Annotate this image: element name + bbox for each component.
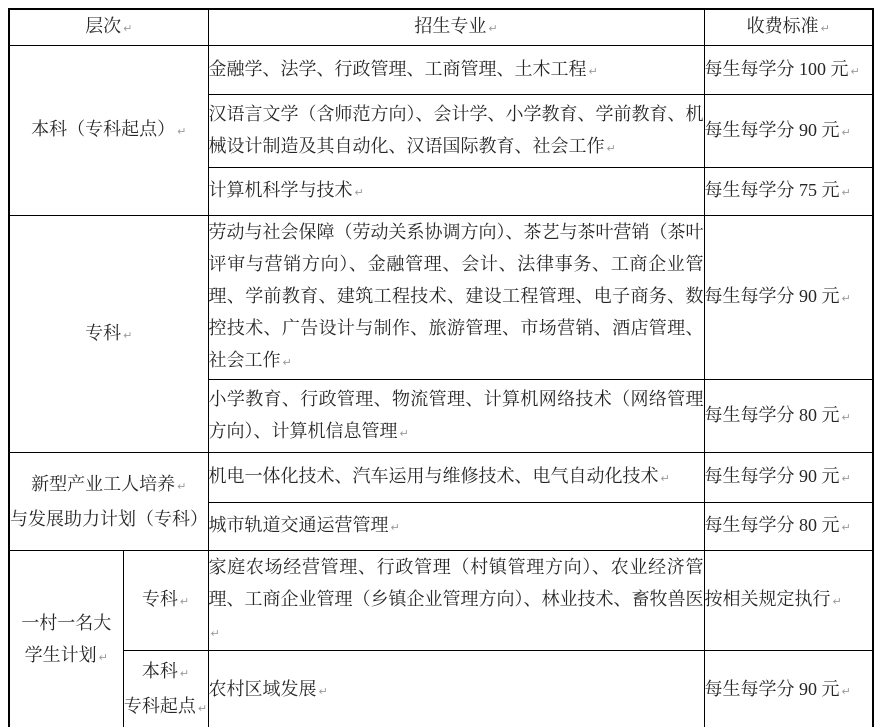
majors-text: 金融学、法学、行政管理、工商管理、土木工程: [209, 59, 598, 79]
sublevel-label-line2: 专科起点: [124, 696, 207, 716]
fee-cell: 每生每学分 80 元: [704, 380, 873, 453]
fee-text: 每生每学分 80 元: [705, 405, 851, 425]
fee-text: 每生每学分 100 元: [705, 59, 860, 79]
level-cell-college: 专科: [9, 216, 208, 453]
fee-cell: 每生每学分 100 元: [704, 46, 873, 95]
majors-text: 汉语言文学（含师范方向）、会计学、小学教育、学前教育、机械设计制造及其自动化、汉…: [209, 104, 704, 156]
level-cell-village-plan: 一村一名大 学生计划: [9, 551, 123, 727]
sublevel-cell-undergrad: 本科专科起点: [123, 651, 208, 727]
header-cell-level: 层次: [9, 9, 208, 46]
sublevel-label-line1: 本科: [142, 661, 189, 681]
table-row: 本科（专科起点） 金融学、法学、行政管理、工商管理、土木工程 每生每学分 100…: [9, 46, 873, 95]
majors-text: 小学教育、行政管理、物流管理、计算机网络技术（网络管理方向）、计算机信息管理: [209, 389, 704, 441]
table-row: 新型产业工人培养与发展助力计划（专科） 机电一体化技术、汽车运用与维修技术、电气…: [9, 453, 873, 503]
fee-cell: 每生每学分 90 元: [704, 95, 873, 168]
majors-cell: 劳动与社会保障（劳动关系协调方向）、茶艺与茶叶营销（茶叶评审与营销方向）、金融管…: [208, 216, 704, 380]
majors-text: 家庭农场经营管理、行政管理（村镇管理方向）、农业经济管理、工商企业管理（乡镇企业…: [209, 557, 704, 641]
fee-cell: 按相关规定执行: [704, 551, 873, 651]
level-label-line2: 与发展助力计划（专科）: [10, 509, 208, 529]
level-label: 本科（专科起点）: [31, 119, 186, 139]
majors-cell: 机电一体化技术、汽车运用与维修技术、电气自动化技术: [208, 453, 704, 503]
header-cell-majors: 招生专业: [208, 9, 704, 46]
fee-cell: 每生每学分 75 元: [704, 168, 873, 216]
table-row: 本科专科起点 农村区域发展 每生每学分 90 元: [9, 651, 873, 727]
majors-cell: 家庭农场经营管理、行政管理（村镇管理方向）、农业经济管理、工商企业管理（乡镇企业…: [208, 551, 704, 651]
fee-text: 每生每学分 90 元: [705, 120, 851, 140]
majors-cell: 金融学、法学、行政管理、工商管理、土木工程: [208, 46, 704, 95]
level-label-line1: 新型产业工人培养: [31, 474, 186, 494]
majors-cell: 农村区域发展: [208, 651, 704, 727]
header-cell-fee: 收费标准: [704, 9, 873, 46]
fee-text: 每生每学分 90 元: [705, 466, 851, 486]
document-page: 层次 招生专业 收费标准 本科（专科起点） 金融学、法学、行政管理、工商管理、土…: [0, 0, 877, 727]
majors-cell: 小学教育、行政管理、物流管理、计算机网络技术（网络管理方向）、计算机信息管理: [208, 380, 704, 453]
table-row: 专科 劳动与社会保障（劳动关系协调方向）、茶艺与茶叶营销（茶叶评审与营销方向）、…: [9, 216, 873, 380]
fee-cell: 每生每学分 90 元: [704, 453, 873, 503]
level-label: 一村一名大 学生计划: [21, 613, 111, 665]
header-majors-label: 招生专业: [414, 16, 497, 36]
table-header-row: 层次 招生专业 收费标准: [9, 9, 873, 46]
fee-cell: 每生每学分 90 元: [704, 216, 873, 380]
level-cell-worker-plan: 新型产业工人培养与发展助力计划（专科）: [9, 453, 208, 551]
sublevel-cell-college: 专科: [123, 551, 208, 651]
fee-text: 每生每学分 80 元: [705, 515, 851, 535]
sublevel-label: 专科: [142, 589, 189, 609]
majors-cell: 汉语言文学（含师范方向）、会计学、小学教育、学前教育、机械设计制造及其自动化、汉…: [208, 95, 704, 168]
fee-cell: 每生每学分 90 元: [704, 651, 873, 727]
header-fee-label: 收费标准: [747, 16, 830, 36]
fee-text: 每生每学分 90 元: [705, 679, 851, 699]
majors-text: 计算机科学与技术: [209, 180, 364, 200]
tuition-fee-table: 层次 招生专业 收费标准 本科（专科起点） 金融学、法学、行政管理、工商管理、土…: [8, 8, 874, 727]
header-level-label: 层次: [85, 16, 132, 36]
majors-cell: 计算机科学与技术: [208, 168, 704, 216]
level-cell-undergrad: 本科（专科起点）: [9, 46, 208, 216]
fee-cell: 每生每学分 80 元: [704, 503, 873, 551]
level-label: 专科: [85, 323, 132, 343]
fee-text: 每生每学分 90 元: [705, 286, 851, 306]
table-row: 一村一名大 学生计划 专科 家庭农场经营管理、行政管理（村镇管理方向）、农业经济…: [9, 551, 873, 651]
fee-text: 每生每学分 75 元: [705, 180, 851, 200]
majors-text: 农村区域发展: [209, 679, 328, 699]
majors-text: 机电一体化技术、汽车运用与维修技术、电气自动化技术: [209, 466, 670, 486]
majors-cell: 城市轨道交通运营管理: [208, 503, 704, 551]
majors-text: 劳动与社会保障（劳动关系协调方向）、茶艺与茶叶营销（茶叶评审与营销方向）、金融管…: [209, 222, 704, 370]
majors-text: 城市轨道交通运营管理: [209, 515, 400, 535]
fee-text: 按相关规定执行: [705, 589, 842, 609]
